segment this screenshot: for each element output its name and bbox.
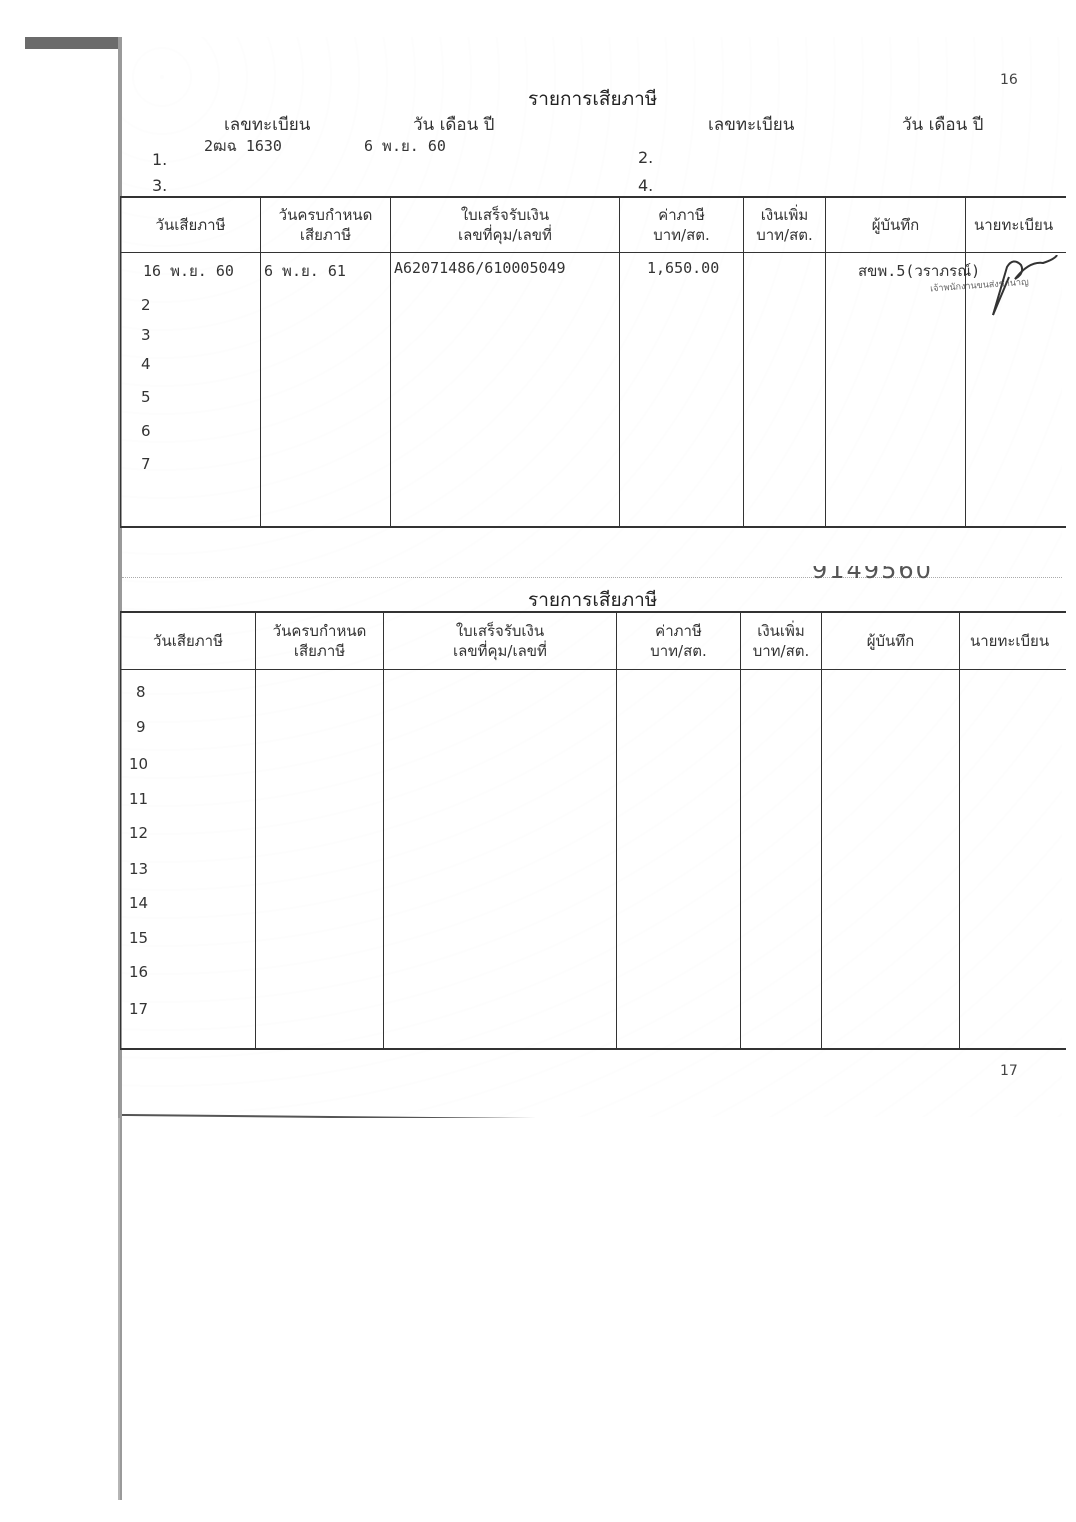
col-header-tax: ค่าภาษีบาท/สต. (617, 612, 741, 669)
col-header-recorder: ผู้บันทึก (822, 612, 960, 669)
scan-edge-bar (25, 37, 123, 49)
registrar-signature (985, 255, 1065, 325)
col-header-receipt: ใบเสร็จรับเงินเลขที่คุม/เลขที่ (391, 197, 620, 252)
registration-index-1: 1. (152, 150, 167, 169)
entry-due-date: 6 พ.ย. 61 (264, 259, 346, 283)
col-header-tax: ค่าภาษีบาท/สต. (620, 197, 744, 252)
registration-index-4: 4. (638, 176, 653, 195)
registration-index-3: 3. (152, 176, 167, 195)
registration-index-2: 2. (638, 148, 653, 167)
tax-table-2: วันเสียภาษี วันครบกำหนดเสียภาษี ใบเสร็จร… (120, 611, 1066, 1050)
col-header-pay-date: วันเสียภาษี (121, 197, 261, 252)
label-registration-right: เลขทะเบียน (708, 111, 794, 138)
col-header-due-date: วันครบกำหนดเสียภาษี (256, 612, 384, 669)
row-number: 10 (129, 755, 148, 773)
col-header-receipt: ใบเสร็จรับเงินเลขที่คุม/เลขที่ (384, 612, 617, 669)
row-number: 12 (129, 824, 148, 842)
label-date-right: วัน เดือน ปี (902, 111, 983, 138)
serial-number-stamp: 9149560 (812, 566, 933, 580)
page-number-bottom: 17 (1000, 1063, 1018, 1079)
row-number: 11 (129, 790, 148, 808)
entry-tax-amount: 1,650.00 (647, 259, 719, 277)
row-number: 6 (141, 422, 151, 440)
tax-table-1: วันเสียภาษี วันครบกำหนดเสียภาษี ใบเสร็จร… (120, 196, 1066, 528)
row-number: 14 (129, 894, 148, 912)
registration-date-1: 6 พ.ย. 60 (364, 134, 446, 158)
blank-area (122, 1118, 1076, 1522)
entry-receipt-number: A62071486/610005049 (394, 259, 566, 277)
registration-plate-1: 2ฒฉ 1630 (204, 134, 282, 158)
row-number: 15 (129, 929, 148, 947)
row-number: 4 (141, 355, 151, 373)
col-header-registrar: นายทะเบียน (960, 612, 1066, 669)
row-number: 16 (129, 963, 148, 981)
col-header-pay-date: วันเสียภาษี (121, 612, 256, 669)
row-number: 17 (129, 1000, 148, 1018)
col-header-surcharge: เงินเพิ่มบาท/สต. (741, 612, 822, 669)
row-number: 5 (141, 388, 151, 406)
col-header-due-date: วันครบกำหนดเสียภาษี (261, 197, 391, 252)
col-header-surcharge: เงินเพิ่มบาท/สต. (744, 197, 826, 252)
page-number-top: 16 (1000, 72, 1018, 88)
col-header-recorder: ผู้บันทึก (826, 197, 966, 252)
row-number: 8 (136, 683, 146, 701)
col-header-registrar: นายทะเบียน (966, 197, 1066, 252)
entry-pay-date: 16 พ.ย. 60 (143, 259, 234, 283)
row-number: 9 (136, 718, 146, 736)
row-number: 3 (141, 326, 151, 344)
row-number: 2 (141, 296, 151, 314)
row-number: 13 (129, 860, 148, 878)
section-title-top: รายการเสียภาษี (528, 84, 657, 114)
page-left-edge-lower (118, 1118, 120, 1500)
row-number: 7 (141, 455, 151, 473)
